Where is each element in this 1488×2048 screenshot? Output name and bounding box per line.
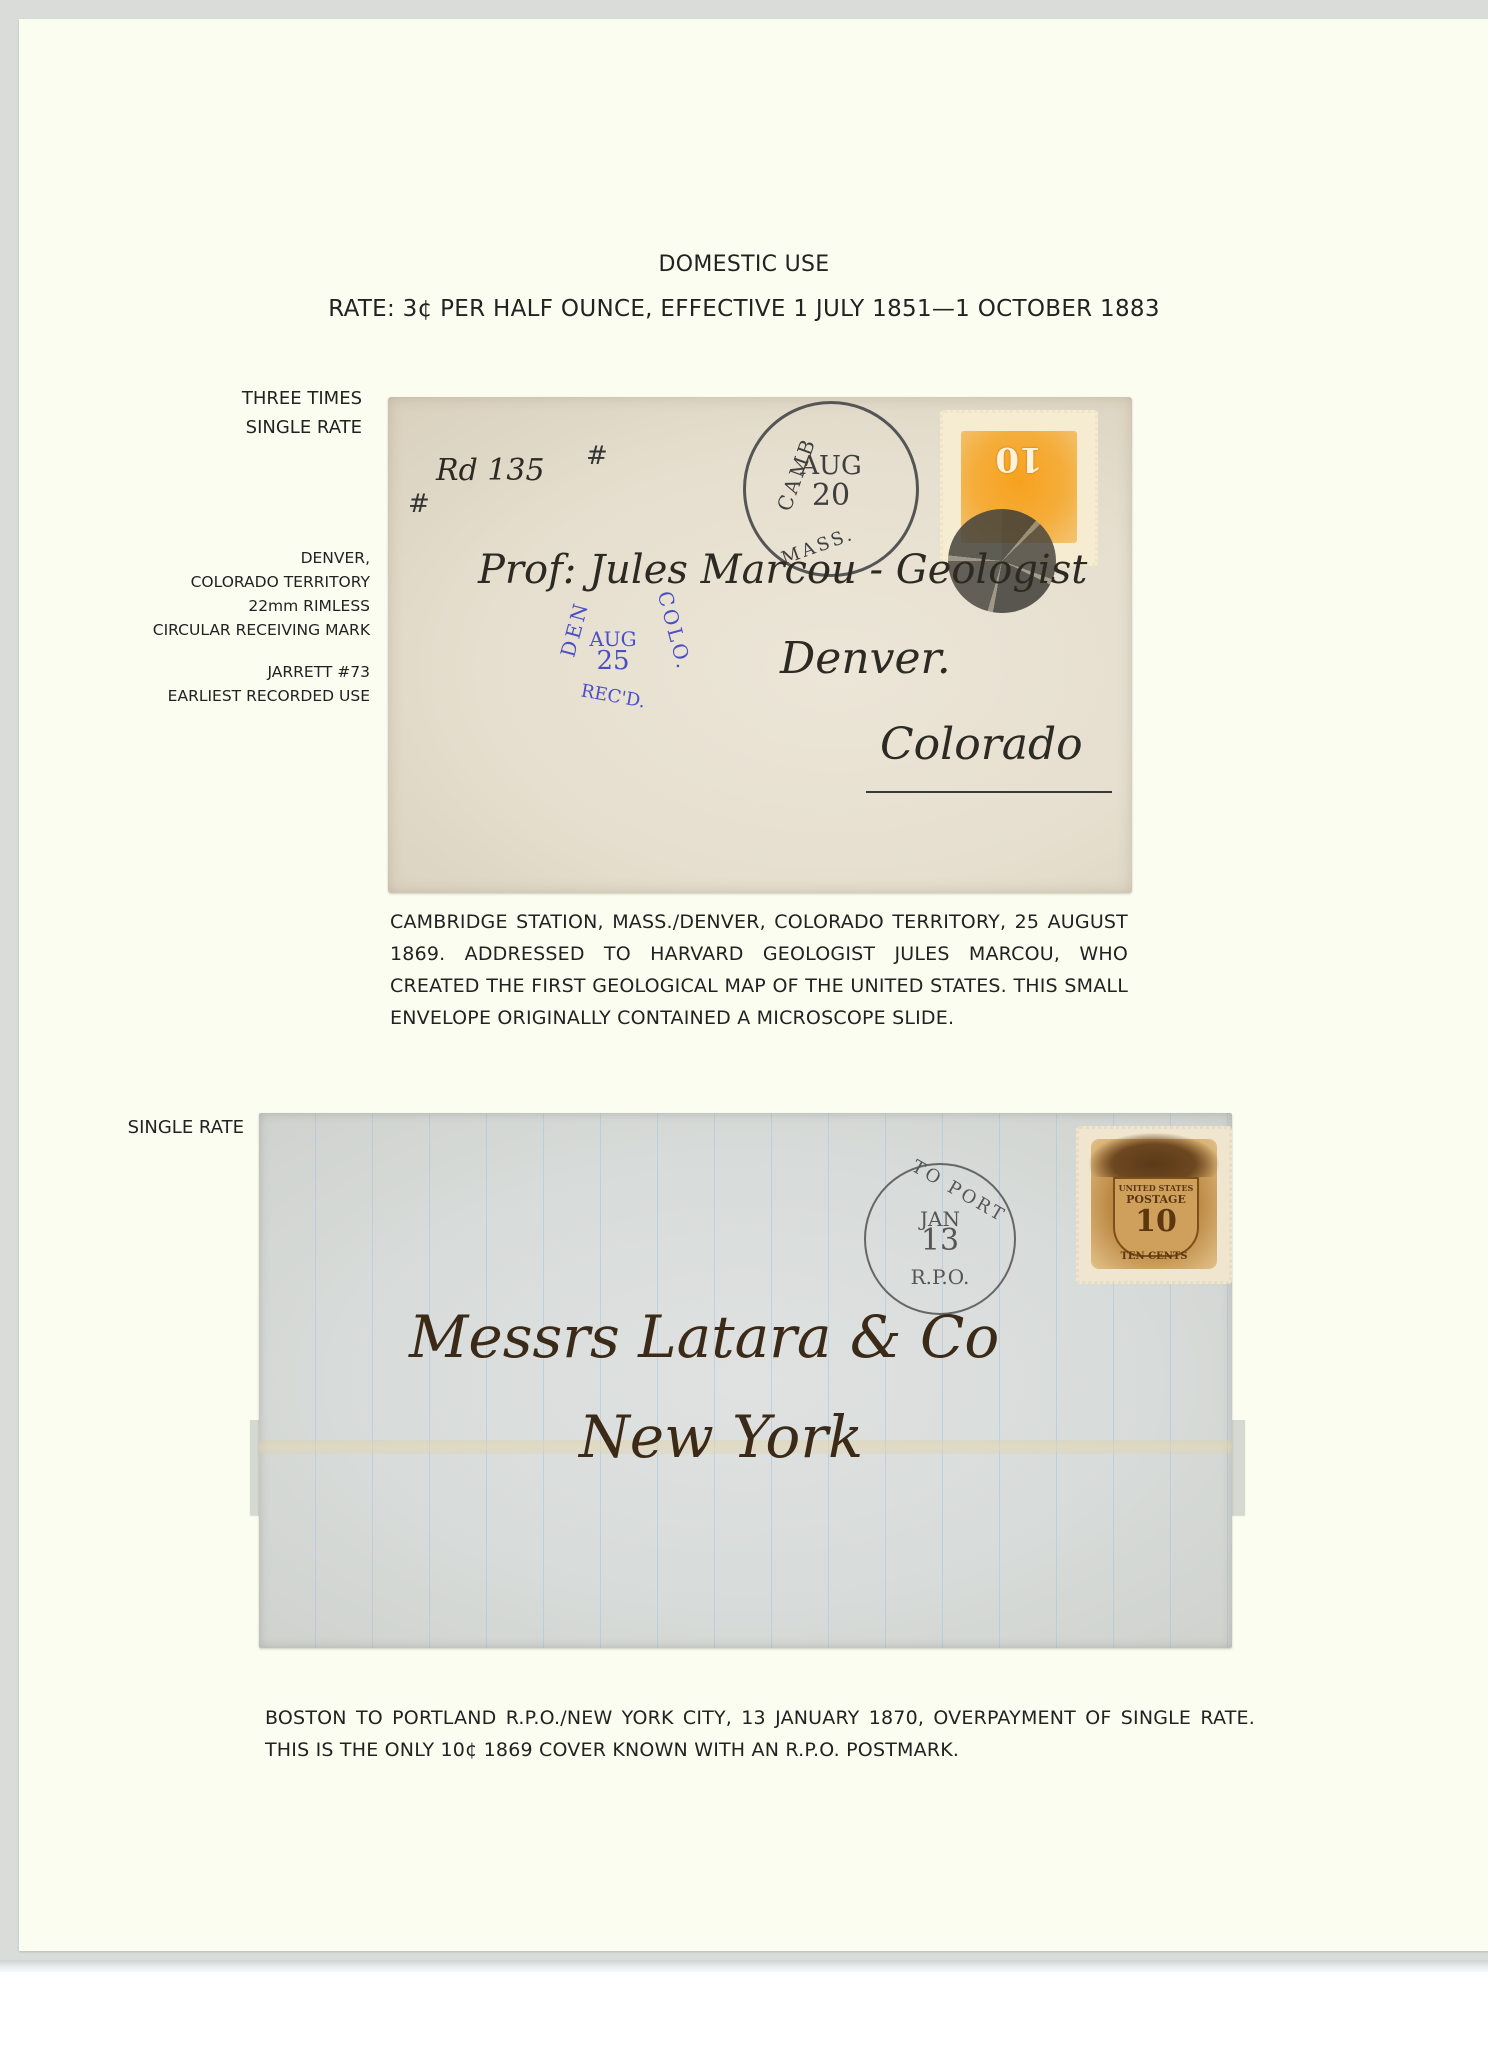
address-line: New York: [579, 1403, 863, 1471]
stamp-bottom-text: TEN CENTS: [1079, 1251, 1229, 1262]
docket-notation: Rd 135: [436, 453, 545, 488]
postmark-day: 20: [746, 482, 916, 510]
stamp-10c-eagle-shield: UNITED STATES POSTAGE 10 TEN CENTS: [1076, 1126, 1232, 1284]
note-line: 22mm RIMLESS: [100, 594, 370, 618]
cover2-rate-label: SINGLE RATE: [100, 1113, 244, 1142]
stamp-top-text: UNITED STATES: [1115, 1183, 1197, 1193]
cover1-envelope-image: CAMB MASS. AUG 20 10 # # Rd 135 DEN COLO…: [388, 397, 1132, 893]
cover1-caption: CAMBRIDGE STATION, MASS./DENVER, COLORAD…: [390, 906, 1128, 1034]
cover2-caption: BOSTON TO PORTLAND R.P.O./NEW YORK CITY,…: [265, 1702, 1255, 1766]
stamp-denomination: 10: [943, 439, 1095, 479]
hash-mark: #: [586, 441, 608, 471]
address-line: Prof: Jules Marcou - Geologist: [478, 547, 1087, 593]
note-line: DENVER,: [100, 546, 370, 570]
address-line: Denver.: [780, 633, 951, 684]
hash-mark: #: [408, 489, 430, 519]
note-line: COLORADO TERRITORY: [100, 570, 370, 594]
note-line: EARLIEST RECORDED USE: [100, 684, 370, 708]
rpo-footer: R.P.O.: [866, 1263, 1014, 1291]
cover1-receiving-note: DENVER, COLORADO TERRITORY 22mm RIMLESS …: [100, 546, 370, 642]
address-underline: [866, 791, 1112, 793]
rate-label-line: SINGLE RATE: [150, 413, 362, 442]
stamp-denomination: 10: [1115, 1206, 1197, 1238]
shield-design: UNITED STATES POSTAGE 10: [1113, 1177, 1199, 1257]
rpo-day: 13: [866, 1227, 1014, 1255]
address-line: Messrs Latara & Co: [409, 1303, 999, 1371]
receiving-footer: REC'D.: [537, 670, 690, 724]
page-title: DOMESTIC USE: [0, 252, 1488, 277]
eagle-vignette: [1089, 1133, 1219, 1177]
rate-label-line: SINGLE RATE: [100, 1113, 244, 1142]
rate-label-line: THREE TIMES: [150, 384, 362, 413]
page-subtitle: RATE: 3¢ PER HALF OUNCE, EFFECTIVE 1 JUL…: [0, 296, 1488, 322]
postmark-month: AUG: [746, 452, 916, 480]
receiving-day: 25: [538, 647, 688, 675]
cover2-folded-letter-image: TO PORT JAN 13 R.P.O. UNITED STATES POST…: [259, 1113, 1232, 1648]
denver-receiving-mark: DEN COLO. AUG 25 REC'D.: [538, 577, 688, 727]
address-line: Colorado: [880, 719, 1083, 770]
note-line: CIRCULAR RECEIVING MARK: [100, 618, 370, 642]
note-line: JARRETT #73: [100, 660, 370, 684]
rpo-postmark: TO PORT JAN 13 R.P.O.: [864, 1163, 1016, 1315]
sheet-protector-edge: [0, 1960, 1488, 1972]
cover1-jarrett-note: JARRETT #73 EARLIEST RECORDED USE: [100, 660, 370, 708]
cover1-rate-label: THREE TIMES SINGLE RATE: [150, 384, 362, 442]
